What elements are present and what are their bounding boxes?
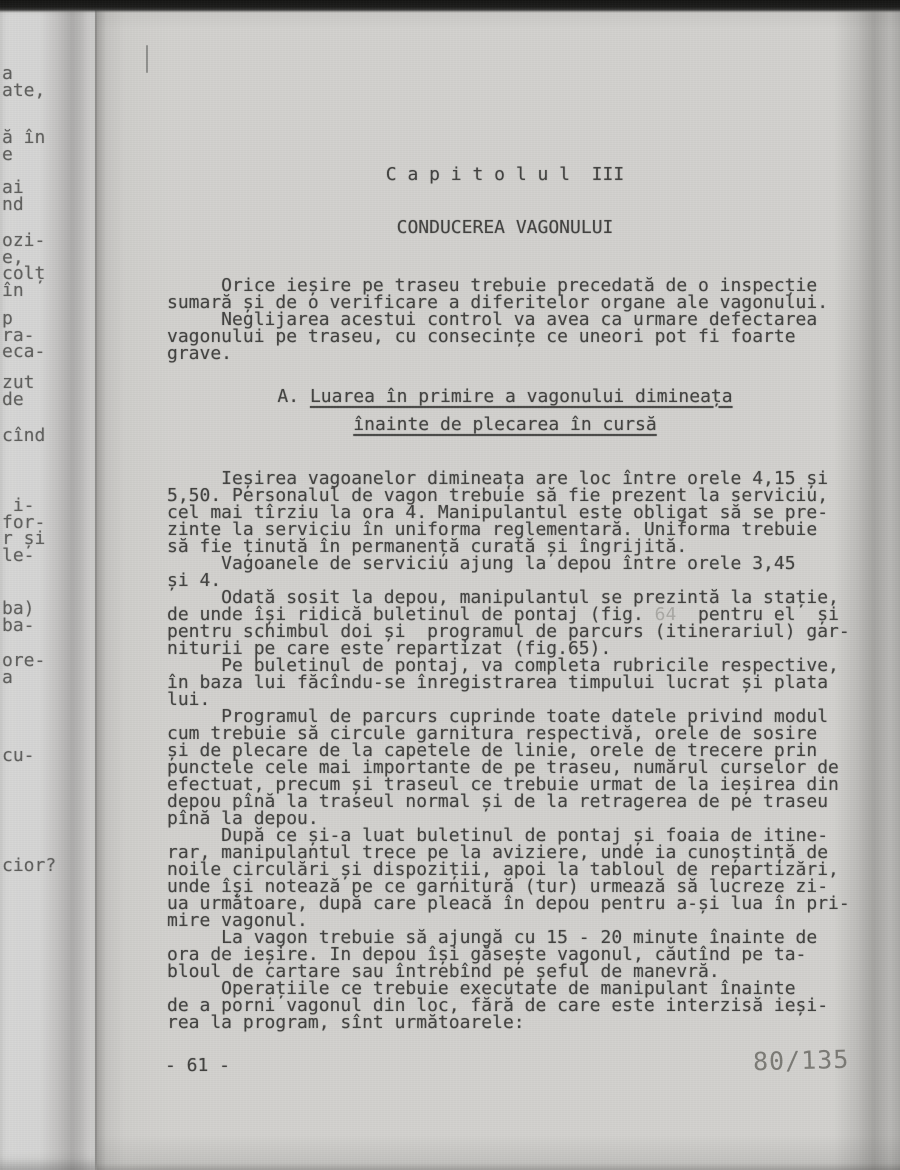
gutter-text-fragment: ore- a xyxy=(2,653,45,686)
handwritten-stamp: 80/135 xyxy=(753,1047,850,1076)
heading-prefix: A. xyxy=(277,386,310,407)
gutter-text-fragment: ba) ba- xyxy=(2,601,35,634)
gutter-text-fragment: i- for- r și le- xyxy=(2,498,45,564)
gutter-text-fragment: zut de xyxy=(2,375,35,408)
gutter-text-fragment: ai nd xyxy=(2,180,24,213)
heading-underlined-text: înainte de plecarea în cursă xyxy=(353,414,656,435)
heading-underlined-text: Luarea în primire a vagonului dimineața xyxy=(310,386,733,407)
section-title: CONDUCEREA VAGONULUI xyxy=(167,219,843,236)
gutter-text-fragment: a ate, xyxy=(2,66,45,99)
gutter-text-fragment: ă în e xyxy=(2,130,45,163)
previous-page-edge: a ate, ă în e ai nd ozi- e, colț în p ra… xyxy=(0,0,95,1170)
chapter-title: C a p i t o l u l III xyxy=(167,166,843,183)
book-page: C a p i t o l u l III CONDUCEREA VAGONUL… xyxy=(95,0,900,1170)
section-a-heading: A. Luarea în primire a vagonului diminea… xyxy=(167,388,843,405)
page-number: - 61 - xyxy=(165,1057,230,1074)
gutter-text-fragment: cior? xyxy=(2,858,56,875)
intro-paragraph: Orice ieșire pe traseu trebuie precedată… xyxy=(167,277,828,362)
gutter-text-fragment: cu- xyxy=(2,748,35,765)
body-text-block-1: Ieșirea vagoanelor dimineața are loc înt… xyxy=(167,470,839,606)
gutter-text-fragment: cînd xyxy=(2,428,45,445)
scan-top-edge xyxy=(0,0,900,13)
gutter-text-fragment: p ra- eca- xyxy=(2,311,45,361)
gutter-text-fragment: ozi- e, colț în xyxy=(2,233,45,299)
pen-mark-artifact xyxy=(146,45,148,73)
section-a-heading-line2: înainte de plecarea în cursă xyxy=(167,416,843,433)
body-text-block-2: pentru schimbul doi și programul de parc… xyxy=(167,623,850,1031)
book-scan: a ate, ă în e ai nd ozi- e, colț în p ra… xyxy=(0,0,900,1170)
